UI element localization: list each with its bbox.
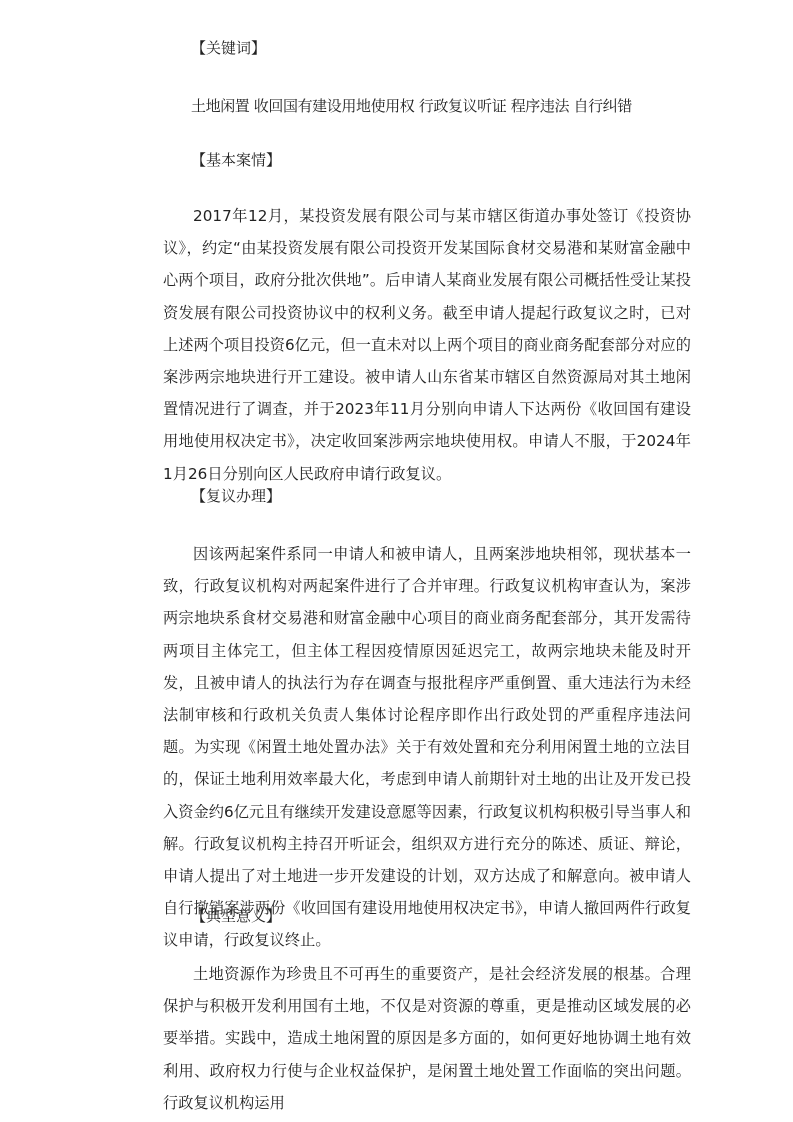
paragraph-basic-facts: 2017年12月，某投资发展有限公司与某市辖区街道办事处签订《投资协议》，约定“… — [163, 200, 691, 490]
section-heading-significance: 【典型意义】 — [191, 906, 281, 926]
section-heading-review-handling: 【复议办理】 — [191, 486, 281, 506]
paragraph-review-handling: 因该两起案件系同一申请人和被申请人，且两案涉地块相邻，现状基本一致，行政复议机构… — [163, 538, 691, 957]
section-heading-basic-facts: 【基本案情】 — [191, 150, 281, 170]
section-heading-keywords: 【关键词】 — [191, 38, 266, 58]
keywords-text: 土地闲置 收回国有建设用地使用权 行政复议听证 程序违法 自行纠错 — [191, 96, 632, 116]
paragraph-significance: 土地资源作为珍贵且不可再生的重要资产，是社会经济发展的根基。合理保护与积极开发利… — [163, 958, 691, 1119]
